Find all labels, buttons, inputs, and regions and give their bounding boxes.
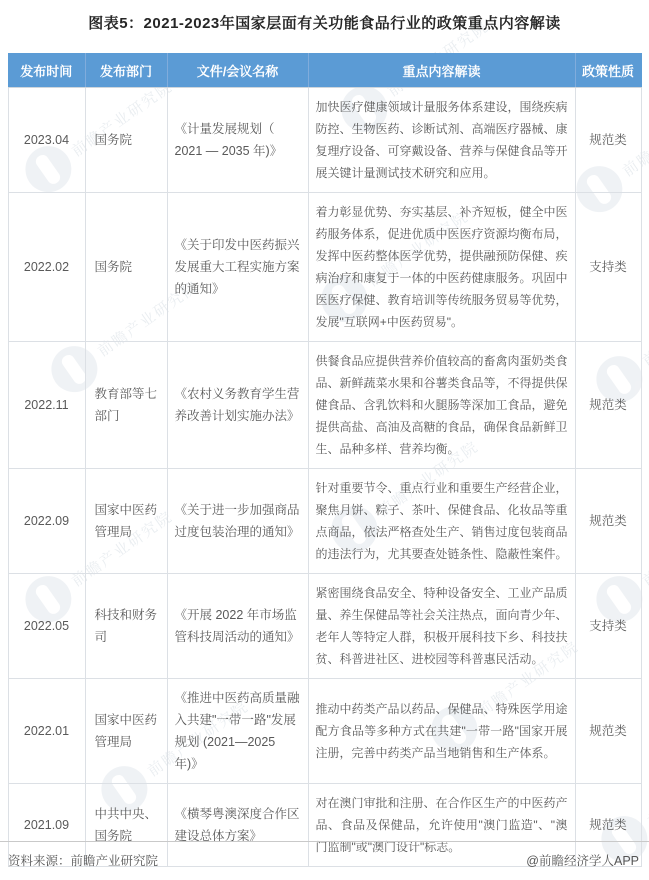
cell-policy-type: 规范类: [575, 469, 641, 574]
table-row: 2022.02 国务院 《关于印发中医药振兴发展重大工程实施方案的通知》 着力彰…: [8, 193, 641, 342]
cell-publish-time: 2022.11: [8, 342, 85, 469]
cell-publish-dept: 国家中医药管理局: [85, 469, 167, 574]
cell-policy-type: 规范类: [575, 679, 641, 784]
table-row: 2023.04 国务院 《计量发展规划（ 2021 — 2035 年)》 加快医…: [8, 88, 641, 193]
col-header-publish-time: 发布时间: [8, 54, 85, 88]
col-header-doc-name: 文件/会议名称: [167, 54, 308, 88]
footer: 资料来源：前瞻产业研究院 @前瞻经济学人APP: [0, 841, 649, 869]
cell-publish-dept: 国务院: [85, 88, 167, 193]
cell-key-content: 供餐食品应提供营养价值较高的畜禽肉蛋奶类食品、新鲜蔬菜水果和谷薯类食品等，不得提…: [308, 342, 575, 469]
cell-publish-time: 2022.05: [8, 574, 85, 679]
cell-key-content: 着力彰显优势、夯实基层、补齐短板，健全中医药服务体系，促进优质中医医疗资源均衡布…: [308, 193, 575, 342]
cell-policy-type: 支持类: [575, 193, 641, 342]
cell-doc-name: 《开展 2022 年市场监管科技周活动的通知》: [167, 574, 308, 679]
cell-publish-dept: 国家中医药管理局: [85, 679, 167, 784]
title-area: 图表5：2021-2023年国家层面有关功能食品行业的政策重点内容解读: [0, 0, 649, 33]
credit-text: @前瞻经济学人APP: [526, 851, 639, 869]
cell-policy-type: 规范类: [575, 342, 641, 469]
cell-publish-dept: 科技和财务司: [85, 574, 167, 679]
table-row: 2022.05 科技和财务司 《开展 2022 年市场监管科技周活动的通知》 紧…: [8, 574, 641, 679]
cell-doc-name: 《推进中医药高质量融入共建"一带一路"发展规划 (2021—2025 年)》: [167, 679, 308, 784]
policy-table: 发布时间 发布部门 文件/会议名称 重点内容解读 政策性质 2023.04 国务…: [8, 53, 642, 867]
cell-doc-name: 《计量发展规划（ 2021 — 2035 年)》: [167, 88, 308, 193]
col-header-policy-type: 政策性质: [575, 54, 641, 88]
cell-key-content: 加快医疗健康领域计量服务体系建设，围绕疾病防控、生物医药、诊断试剂、高端医疗器械…: [308, 88, 575, 193]
table-row: 2022.01 国家中医药管理局 《推进中医药高质量融入共建"一带一路"发展规划…: [8, 679, 641, 784]
cell-key-content: 紧密围绕食品安全、特种设备安全、工业产品质量、养生保健品等社会关注热点，面向青少…: [308, 574, 575, 679]
cell-publish-time: 2022.02: [8, 193, 85, 342]
figure-page: 前瞻产业研究院 前瞻产业研究院 前瞻产业研究院 前瞻产业研究院 前瞻产业研究院 …: [0, 0, 649, 880]
cell-publish-time: 2022.09: [8, 469, 85, 574]
source-text: 资料来源：前瞻产业研究院: [8, 851, 158, 869]
cell-key-content: 针对重要节令、重点行业和重要生产经营企业，聚焦月饼、粽子、茶叶、保健食品、化妆品…: [308, 469, 575, 574]
col-header-key-content: 重点内容解读: [308, 54, 575, 88]
cell-policy-type: 支持类: [575, 574, 641, 679]
cell-key-content: 推动中药类产品以药品、保健品、特殊医学用途配方食品等多种方式在共建"一带一路"国…: [308, 679, 575, 784]
page-title: 图表5：2021-2023年国家层面有关功能食品行业的政策重点内容解读: [0, 12, 649, 33]
cell-doc-name: 《关于印发中医药振兴发展重大工程实施方案的通知》: [167, 193, 308, 342]
cell-doc-name: 《农村义务教育学生营养改善计划实施办法》: [167, 342, 308, 469]
watermark-text: 前瞻产业研究院: [643, 745, 649, 830]
table-header-row: 发布时间 发布部门 文件/会议名称 重点内容解读 政策性质: [8, 54, 641, 88]
table-row: 2022.09 国家中医药管理局 《关于进一步加强商品过度包装治理的通知》 针对…: [8, 469, 641, 574]
col-header-publish-dept: 发布部门: [85, 54, 167, 88]
cell-publish-time: 2022.01: [8, 679, 85, 784]
cell-policy-type: 规范类: [575, 88, 641, 193]
cell-publish-time: 2023.04: [8, 88, 85, 193]
table-row: 2022.11 教育部等七部门 《农村义务教育学生营养改善计划实施办法》 供餐食…: [8, 342, 641, 469]
cell-doc-name: 《关于进一步加强商品过度包装治理的通知》: [167, 469, 308, 574]
cell-publish-dept: 国务院: [85, 193, 167, 342]
cell-publish-dept: 教育部等七部门: [85, 342, 167, 469]
table-body: 2023.04 国务院 《计量发展规划（ 2021 — 2035 年)》 加快医…: [8, 88, 641, 867]
